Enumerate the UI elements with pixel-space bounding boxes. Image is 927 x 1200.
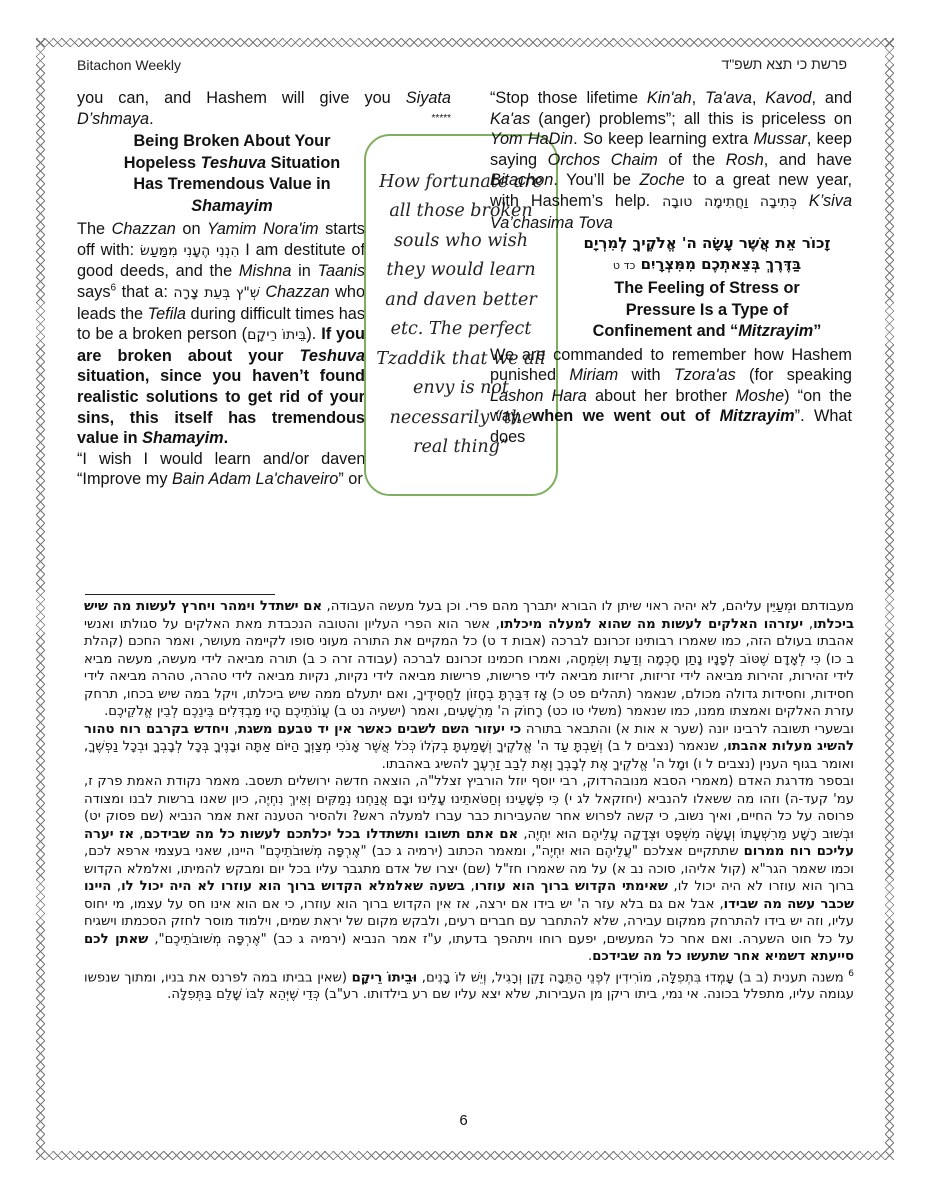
footnote-separator	[85, 594, 275, 595]
body-paragraph-miriam: We are commanded to remember how Hashem …	[490, 345, 852, 448]
footnote-continuation-c: ובספר מדרגת האדם (מאמרי הסבא מנובהרדוק, …	[84, 773, 854, 966]
intro-paragraph: you can, and Hashem will give you Siyata…	[77, 88, 451, 129]
footnotes-section: מעבודתם וּמְעַיֵּין עליהם, לא יהיה ראוי …	[84, 598, 854, 1004]
section-heading-broken: Being Broken About Your Hopeless Teshuva…	[77, 131, 387, 217]
section-separator: *****	[432, 109, 451, 129]
footnote-number: 6	[848, 969, 854, 979]
section-heading-stress: The Feeling of Stress or Pressure Is a T…	[562, 278, 852, 343]
parsha-title: פרשת כי תצא תשפ"ד	[721, 56, 847, 72]
hebrew-verse-heading: זָכוֹר אֵת אֲשֶׁר עָשָׂה ה' אֱלֹקֶיךָ לְ…	[562, 233, 852, 276]
page-number: 6	[0, 1112, 927, 1129]
footnote-continuation-a: מעבודתם וּמְעַיֵּין עליהם, לא יהיה ראוי …	[84, 598, 854, 721]
right-column: “Stop those lifetime Kin'ah, Ta'ava, Kav…	[490, 88, 852, 448]
footnote-6: 6 משנה תענית (ב ב) עָמְדוּ בִּתְפִלָּה, …	[84, 966, 854, 1004]
footnote-continuation-b: ובשערי תשובה לרבינו יונה (שער א אות א) ו…	[84, 721, 854, 774]
publication-title: Bitachon Weekly	[77, 57, 181, 73]
body-paragraph-stop: “Stop those lifetime Kin'ah, Ta'ava, Kav…	[490, 88, 852, 233]
body-paragraph-chazzan: The Chazzan on Yamim Nora'im starts off …	[77, 219, 365, 449]
